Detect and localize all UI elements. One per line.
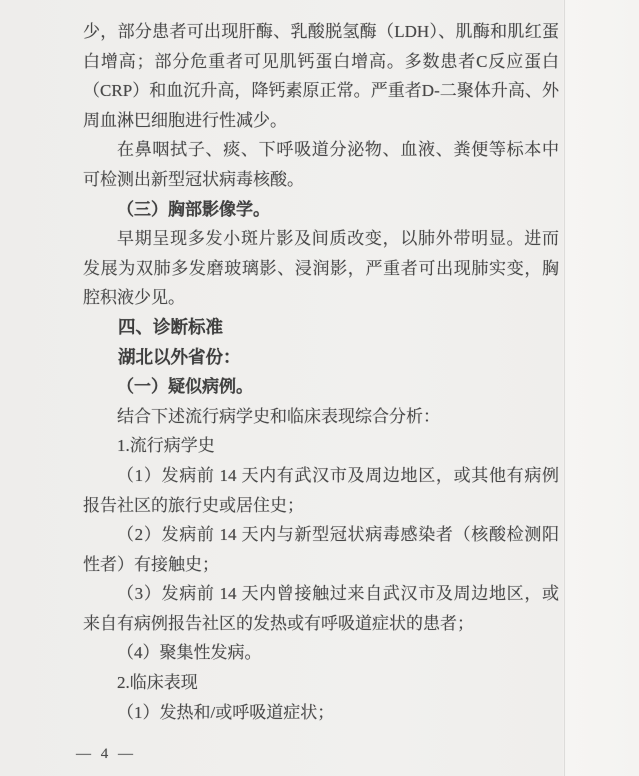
- text-line: 性者）有接触史；: [83, 550, 559, 580]
- text-line: 少，部分患者可出现肝酶、乳酸脱氢酶（LDH）、肌酶和肌红蛋: [83, 17, 559, 47]
- document-body: 少，部分患者可出现肝酶、乳酸脱氢酶（LDH）、肌酶和肌红蛋白增高；部分危重者可见…: [83, 17, 559, 727]
- text-line: （三）胸部影像学。: [83, 195, 559, 225]
- text-line: 腔积液少见。: [83, 283, 559, 313]
- text-line: （3）发病前 14 天内曾接触过来自武汉市及周边地区，或: [83, 579, 559, 609]
- text-line: 在鼻咽拭子、痰、下呼吸道分泌物、血液、粪便等标本中: [83, 135, 559, 165]
- text-line: 报告社区的旅行史或居住史；: [83, 491, 559, 521]
- text-line: 1.流行病学史: [83, 431, 559, 461]
- text-line: 周血淋巴细胞进行性减少。: [83, 106, 559, 136]
- text-line: （CRP）和血沉升高，降钙素原正常。严重者D-二聚体升高、外: [83, 76, 559, 106]
- text-line: 湖北以外省份：: [83, 343, 559, 373]
- page-edge-line: [564, 0, 565, 776]
- text-line: 白增高；部分危重者可见肌钙蛋白增高。多数患者C反应蛋白: [83, 47, 559, 77]
- text-line: 发展为双肺多发磨玻璃影、浸润影，严重者可出现肺实变，胸: [83, 254, 559, 284]
- text-line: （一）疑似病例。: [83, 372, 559, 402]
- text-line: （1）发病前 14 天内有武汉市及周边地区，或其他有病例: [83, 461, 559, 491]
- text-line: 四、诊断标准: [83, 313, 559, 343]
- text-line: 结合下述流行病学史和临床表现综合分析：: [83, 402, 559, 432]
- text-line: （2）发病前 14 天内与新型冠状病毒感染者（核酸检测阳: [83, 520, 559, 550]
- text-line: （4）聚集性发病。: [83, 638, 559, 668]
- text-line: 可检测出新型冠状病毒核酸。: [83, 165, 559, 195]
- text-line: 来自有病例报告社区的发热或有呼吸道症状的患者；: [83, 609, 559, 639]
- page-number: — 4 —: [76, 746, 136, 763]
- text-line: 早期呈现多发小斑片影及间质改变，以肺外带明显。进而: [83, 224, 559, 254]
- text-line: （1）发热和/或呼吸道症状；: [83, 698, 559, 728]
- scanned-document-page: 少，部分患者可出现肝酶、乳酸脱氢酶（LDH）、肌酶和肌红蛋白增高；部分危重者可见…: [0, 0, 639, 776]
- text-line: 2.临床表现: [83, 668, 559, 698]
